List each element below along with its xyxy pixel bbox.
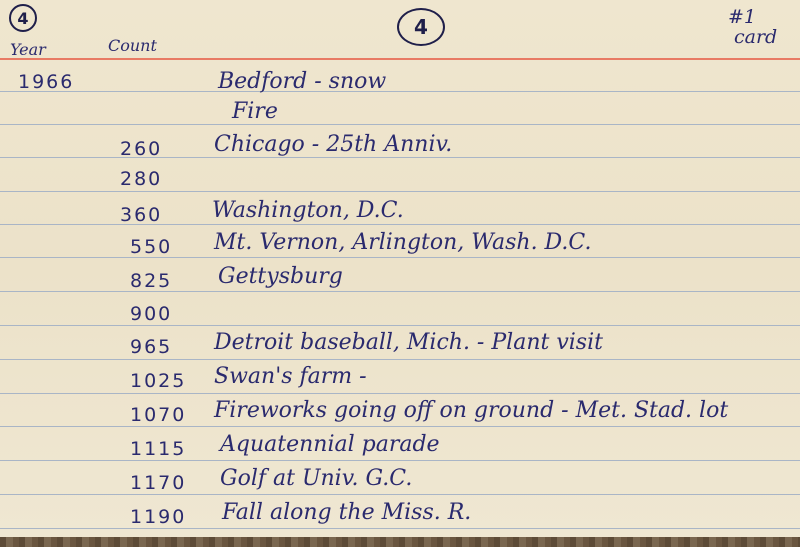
entry-text: Fire xyxy=(232,101,278,123)
entry-count: 550 xyxy=(130,238,172,257)
blue-rule xyxy=(0,359,800,360)
card-word-label: card xyxy=(734,28,777,47)
entry-count: 280 xyxy=(120,170,162,189)
blue-rule xyxy=(0,124,800,125)
entry-count: 825 xyxy=(130,272,172,291)
entry-text: Aquatennial parade xyxy=(220,434,440,456)
corner-circled-number: 4 xyxy=(9,4,37,32)
entry-count: 1070 xyxy=(130,406,186,425)
blue-rule xyxy=(0,393,800,394)
blue-rule xyxy=(0,460,800,461)
entry-text: Bedford - snow xyxy=(218,71,386,93)
entry-count: 260 xyxy=(120,140,162,159)
entry-text: Fireworks going off on ground - Met. Sta… xyxy=(214,400,728,422)
year-header: Year xyxy=(10,42,46,58)
entry-text: Detroit baseball, Mich. - Plant visit xyxy=(214,332,603,354)
header-red-rule xyxy=(0,58,800,60)
table-surface-edge xyxy=(0,537,800,547)
count-header: Count xyxy=(108,38,157,54)
blue-rule xyxy=(0,426,800,427)
entry-count: 1170 xyxy=(130,474,186,493)
entry-count: 1190 xyxy=(130,508,186,527)
entry-text: Swan's farm - xyxy=(214,366,367,388)
blue-rule xyxy=(0,191,800,192)
entry-count: 965 xyxy=(130,338,172,357)
blue-rule xyxy=(0,325,800,326)
entry-count: 1025 xyxy=(130,372,186,391)
blue-rule xyxy=(0,494,800,495)
entry-text: Mt. Vernon, Arlington, Wash. D.C. xyxy=(214,232,591,254)
entry-text: Golf at Univ. G.C. xyxy=(220,468,412,490)
blue-rule xyxy=(0,291,800,292)
corner-number-text: 4 xyxy=(17,9,28,28)
year-value: 1966 xyxy=(18,73,74,92)
blue-rule xyxy=(0,528,800,529)
entry-text: Fall along the Miss. R. xyxy=(222,502,471,524)
entry-count: 360 xyxy=(120,206,162,225)
entry-text: Washington, D.C. xyxy=(212,200,404,222)
top-circled-number: 4 xyxy=(397,8,445,46)
blue-rule xyxy=(0,257,800,258)
entry-text: Chicago - 25th Anniv. xyxy=(214,134,452,156)
blue-rule xyxy=(0,91,800,92)
entry-count: 1115 xyxy=(130,440,186,459)
entry-text: Gettysburg xyxy=(218,266,343,288)
card-number-label: #1 xyxy=(728,8,756,27)
entry-count: 900 xyxy=(130,305,172,324)
index-card: 4 4 #1 card Year Count 1966 Bedford - sn… xyxy=(0,0,800,537)
top-number-text: 4 xyxy=(414,15,428,39)
